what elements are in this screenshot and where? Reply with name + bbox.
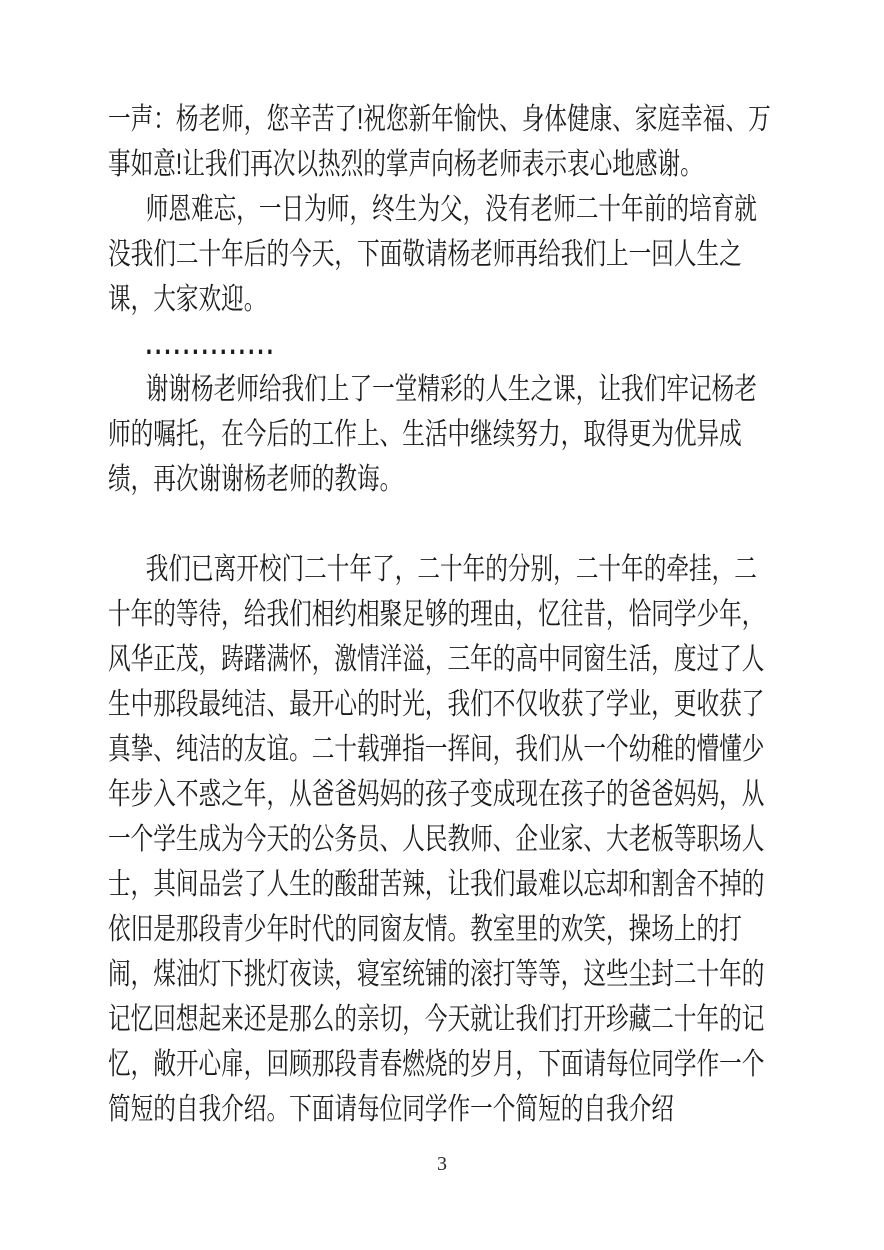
paragraph-thanks: 谢谢杨老师给我们上了一堂精彩的人生之课，让我们牢记杨老师的嘱托，在今后的工作上、…: [108, 367, 778, 502]
paragraph-continuation: 一声：杨老师，您辛苦了!祝您新年愉快、身体健康、家庭幸福、万事如意!让我们再次以…: [108, 97, 778, 187]
document-body: 一声：杨老师，您辛苦了!祝您新年愉快、身体健康、家庭幸福、万事如意!让我们再次以…: [108, 97, 778, 1132]
blank-line: [108, 502, 778, 547]
paragraph-reunion: 我们已离开校门二十年了，二十年的分别，二十年的牵挂，二十年的等待，给我们相约相聚…: [108, 547, 778, 1132]
paragraph-shien: 师恩难忘，一日为师，终生为父，没有老师二十年前的培育就没我们二十年后的今天，下面…: [108, 187, 778, 322]
document-page: 一声：杨老师，您辛苦了!祝您新年愉快、身体健康、家庭幸福、万事如意!让我们再次以…: [0, 0, 884, 1250]
paragraph-ellipsis: ..............: [108, 322, 778, 367]
page-number: 3: [0, 1152, 884, 1176]
